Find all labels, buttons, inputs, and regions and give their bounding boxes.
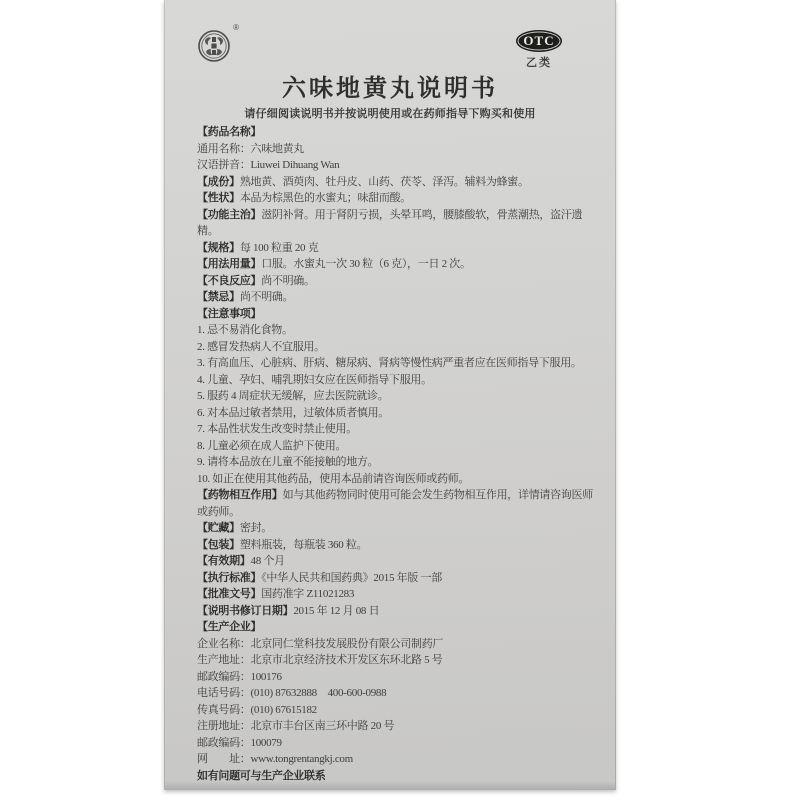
leaflet-line-24: 【包装】塑料瓶装，每瓶装 360 粒。 bbox=[197, 537, 600, 554]
leaflet-line-6: 【功能主治】滋阴补肾。用于肾阴亏损，头晕耳鸣，腰膝酸软，骨蒸潮热，盗汗遗精。 bbox=[197, 207, 600, 240]
photo-background: ® OTC 乙类 六味地黄丸说明书 请仔细阅读说明书并按说明使用或在药师指导下购… bbox=[0, 0, 807, 807]
otc-badge: OTC 乙类 bbox=[513, 30, 565, 70]
leaflet-line-30: 企业名称：北京同仁堂科技发展股份有限公司制药厂 bbox=[197, 636, 600, 653]
leaflet-line-11: 【注意事项】 bbox=[197, 306, 600, 323]
leaflet-line-16: 5. 服药 4 周症状无缓解，应去医院就诊。 bbox=[197, 388, 600, 405]
registered-mark: ® bbox=[233, 23, 239, 32]
leaflet-line-4: 【成份】熟地黄、酒萸肉、牡丹皮、山药、茯苓、泽泻。辅料为蜂蜜。 bbox=[197, 174, 600, 191]
otc-oval-label: OTC bbox=[516, 30, 562, 52]
leaflet-line-1: 【药品名称】 bbox=[197, 124, 600, 141]
leaflet-line-15: 4. 儿童、孕妇、哺乳期妇女应在医师指导下服用。 bbox=[197, 372, 600, 389]
leaflet-line-27: 【批准文号】国药准字 Z11021283 bbox=[197, 586, 600, 603]
leaflet-line-26: 【执行标准】《中华人民共和国药典》2015 年版 一部 bbox=[197, 570, 600, 587]
leaflet-line-5: 【性状】本品为棕黑色的水蜜丸；味甜而酸。 bbox=[197, 190, 600, 207]
leaflet-line-34: 传真号码：(010) 67615182 bbox=[197, 702, 600, 719]
leaflet-line-33: 电话号码：(010) 87632888 400-600-0988 bbox=[197, 685, 600, 702]
leaflet-line-7: 【规格】每 100 粒重 20 克 bbox=[197, 240, 600, 257]
leaflet-line-10: 【禁忌】尚不明确。 bbox=[197, 289, 600, 306]
leaflet-line-25: 【有效期】48 个月 bbox=[197, 553, 600, 570]
leaflet-line-22: 【药物相互作用】如与其他药物同时使用可能会发生药物相互作用，详情请咨询医师或药师… bbox=[197, 487, 600, 520]
leaflet-line-14: 3. 有高血压、心脏病、肝病、糖尿病、肾病等慢性病严重者应在医师指导下服用。 bbox=[197, 355, 600, 372]
leaflet-line-3: 汉语拼音：Liuwei Dihuang Wan bbox=[197, 157, 600, 174]
leaflet-paper: ® OTC 乙类 六味地黄丸说明书 请仔细阅读说明书并按说明使用或在药师指导下购… bbox=[164, 0, 616, 790]
leaflet-line-18: 7. 本品性状发生改变时禁止使用。 bbox=[197, 421, 600, 438]
leaflet-line-31: 生产地址：北京市北京经济技术开发区东环北路 5 号 bbox=[197, 652, 600, 669]
leaflet-line-35: 注册地址：北京市丰台区南三环中路 20 号 bbox=[197, 718, 600, 735]
leaflet-line-13: 2. 感冒发热病人不宜服用。 bbox=[197, 339, 600, 356]
leaflet-line-38: 如有问题可与生产企业联系 bbox=[197, 768, 600, 785]
leaflet-line-29: 【生产企业】 bbox=[197, 619, 600, 636]
leaflet-line-28: 【说明书修订日期】2015 年 12 月 08 日 bbox=[197, 603, 600, 620]
leaflet-line-23: 【贮藏】密封。 bbox=[197, 520, 600, 537]
leaflet-line-32: 邮政编码：100176 bbox=[197, 669, 600, 686]
leaflet-line-9: 【不良反应】尚不明确。 bbox=[197, 273, 600, 290]
leaflet-subtitle: 请仔细阅读说明书并按说明使用或在药师指导下购买和使用 bbox=[165, 105, 615, 121]
leaflet-line-2: 通用名称：六味地黄丸 bbox=[197, 141, 600, 158]
leaflet-line-36: 邮政编码：100079 bbox=[197, 735, 600, 752]
leaflet-line-20: 9. 请将本品放在儿童不能接触的地方。 bbox=[197, 454, 600, 471]
leaflet-body: 【药品名称】通用名称：六味地黄丸汉语拼音：Liuwei Dihuang Wan【… bbox=[197, 124, 600, 784]
leaflet-line-17: 6. 对本品过敏者禁用，过敏体质者慎用。 bbox=[197, 405, 600, 422]
page-title: 六味地黄丸说明书 bbox=[165, 68, 615, 103]
leaflet-line-19: 8. 儿童必须在成人监护下使用。 bbox=[197, 438, 600, 455]
leaflet-line-12: 1. 忌不易消化食物。 bbox=[197, 322, 600, 339]
leaflet-line-21: 10. 如正在使用其他药品，使用本品前请咨询医师或药师。 bbox=[197, 471, 600, 488]
tongrentang-logo-icon: ® bbox=[195, 26, 235, 66]
leaflet-line-8: 【用法用量】口服。水蜜丸一次 30 粒（6 克），一日 2 次。 bbox=[197, 256, 600, 273]
leaflet-line-37: 网 址：www.tongrentangkj.com bbox=[197, 751, 600, 768]
